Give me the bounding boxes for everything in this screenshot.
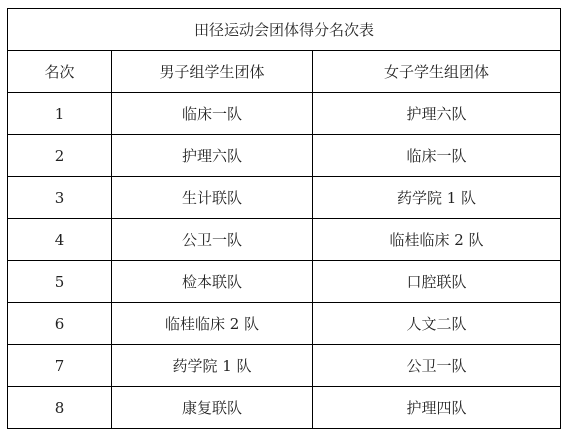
women-team-cell: 药学院 1 队 bbox=[313, 177, 561, 219]
men-team-cell: 康复联队 bbox=[112, 387, 313, 429]
men-team-cell: 护理六队 bbox=[112, 135, 313, 177]
rank-cell: 8 bbox=[8, 387, 112, 429]
women-team-cell: 临桂临床 2 队 bbox=[313, 219, 561, 261]
women-team-cell: 护理六队 bbox=[313, 93, 561, 135]
rank-cell: 5 bbox=[8, 261, 112, 303]
title-row: 田径运动会团体得分名次表 bbox=[8, 9, 561, 51]
men-team-cell: 检本联队 bbox=[112, 261, 313, 303]
table-row: 8 康复联队 护理四队 bbox=[8, 387, 561, 429]
table-row: 2 护理六队 临床一队 bbox=[8, 135, 561, 177]
women-team-cell: 临床一队 bbox=[313, 135, 561, 177]
rank-cell: 1 bbox=[8, 93, 112, 135]
men-team-cell: 临床一队 bbox=[112, 93, 313, 135]
table-row: 7 药学院 1 队 公卫一队 bbox=[8, 345, 561, 387]
men-team-cell: 药学院 1 队 bbox=[112, 345, 313, 387]
table-row: 3 生计联队 药学院 1 队 bbox=[8, 177, 561, 219]
table-row: 1 临床一队 护理六队 bbox=[8, 93, 561, 135]
rank-cell: 3 bbox=[8, 177, 112, 219]
table-row: 6 临桂临床 2 队 人文二队 bbox=[8, 303, 561, 345]
rank-cell: 6 bbox=[8, 303, 112, 345]
table-row: 5 检本联队 口腔联队 bbox=[8, 261, 561, 303]
ranking-table: 田径运动会团体得分名次表 名次 男子组学生团体 女子学生组团体 1 临床一队 护… bbox=[7, 8, 561, 429]
header-row: 名次 男子组学生团体 女子学生组团体 bbox=[8, 51, 561, 93]
rank-cell: 2 bbox=[8, 135, 112, 177]
men-team-cell: 生计联队 bbox=[112, 177, 313, 219]
women-team-cell: 人文二队 bbox=[313, 303, 561, 345]
header-women-team: 女子学生组团体 bbox=[313, 51, 561, 93]
rank-cell: 4 bbox=[8, 219, 112, 261]
header-rank: 名次 bbox=[8, 51, 112, 93]
header-men-team: 男子组学生团体 bbox=[112, 51, 313, 93]
women-team-cell: 护理四队 bbox=[313, 387, 561, 429]
women-team-cell: 口腔联队 bbox=[313, 261, 561, 303]
women-team-cell: 公卫一队 bbox=[313, 345, 561, 387]
men-team-cell: 公卫一队 bbox=[112, 219, 313, 261]
rank-cell: 7 bbox=[8, 345, 112, 387]
men-team-cell: 临桂临床 2 队 bbox=[112, 303, 313, 345]
table-row: 4 公卫一队 临桂临床 2 队 bbox=[8, 219, 561, 261]
table-title: 田径运动会团体得分名次表 bbox=[8, 9, 561, 51]
